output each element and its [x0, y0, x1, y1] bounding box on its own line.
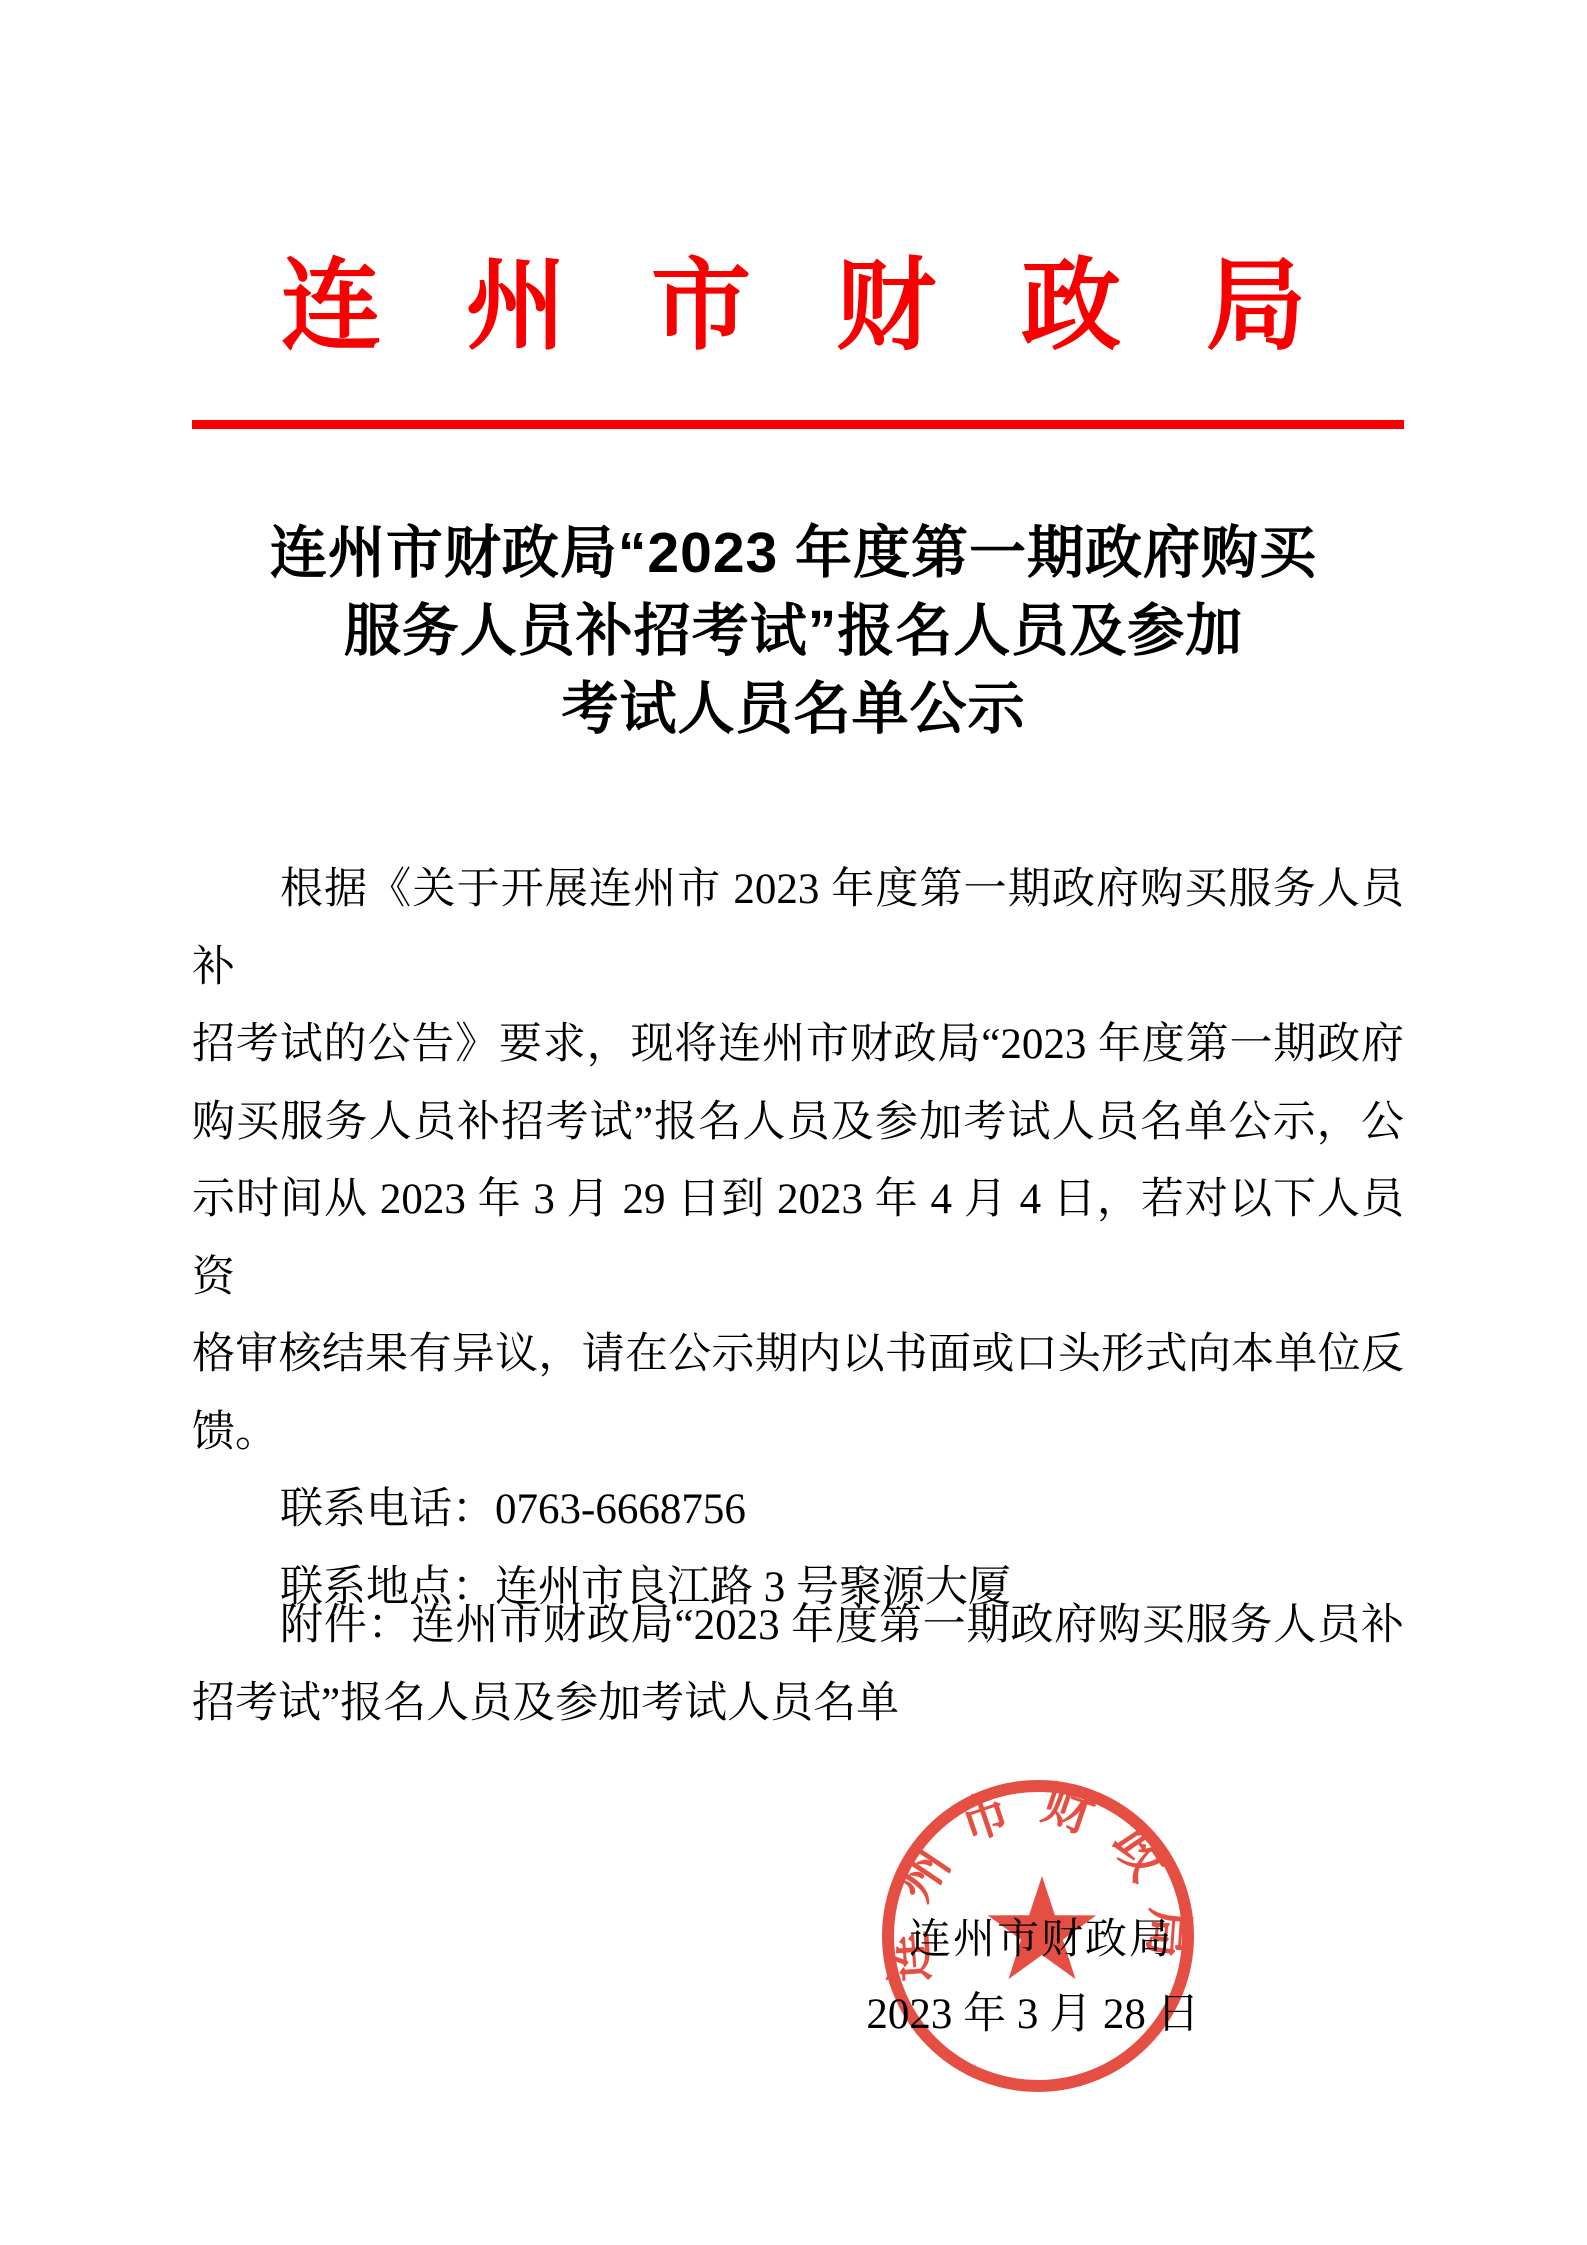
- attachment-line: 招考试”报名人员及参加考试人员名单: [192, 1665, 1404, 1743]
- body-line: 示时间从 2023 年 3 月 29 日到 2023 年 4 月 4 日，若对以…: [192, 1161, 1404, 1316]
- document-title: 连州市财政局“2023 年度第一期政府购买 服务人员补招考试”报名人员及参加 考…: [0, 514, 1587, 748]
- body-line: 购买服务人员补招考试”报名人员及参加考试人员名单公示，公: [192, 1084, 1404, 1162]
- title-line-1: 连州市财政局“2023 年度第一期政府购买: [0, 514, 1587, 592]
- official-seal: 连州市财政局: [868, 1766, 1208, 2106]
- body-line: 招考试的公告》要求，现将连州市财政局“2023 年度第一期政府: [192, 1006, 1404, 1084]
- contact-phone: 联系电话：0763-6668756: [192, 1471, 1404, 1549]
- letterhead-agency-name: 连州市财政局: [0, 252, 1587, 362]
- title-line-2: 服务人员补招考试”报名人员及参加: [0, 592, 1587, 670]
- document-page: 连州市财政局 连州市财政局“2023 年度第一期政府购买 服务人员补招考试”报名…: [0, 0, 1587, 2245]
- letterhead-divider: [192, 420, 1404, 429]
- letterhead-agency-text: 连州市财政局: [196, 251, 1391, 362]
- body-line: 馈。: [192, 1394, 1404, 1472]
- body-line: 根据《关于开展连州市 2023 年度第一期政府购买服务人员补: [192, 851, 1404, 1006]
- body-paragraph: 根据《关于开展连州市 2023 年度第一期政府购买服务人员补 招考试的公告》要求…: [192, 851, 1404, 1626]
- attachment-note: 附件：连州市财政局“2023 年度第一期政府购买服务人员补 招考试”报名人员及参…: [192, 1587, 1404, 1742]
- attachment-line: 附件：连州市财政局“2023 年度第一期政府购买服务人员补: [192, 1587, 1404, 1665]
- body-line: 格审核结果有异议，请在公示期内以书面或口头形式向本单位反: [192, 1316, 1404, 1394]
- title-line-3: 考试人员名单公示: [0, 670, 1587, 748]
- seal-star-icon: [988, 1876, 1096, 1979]
